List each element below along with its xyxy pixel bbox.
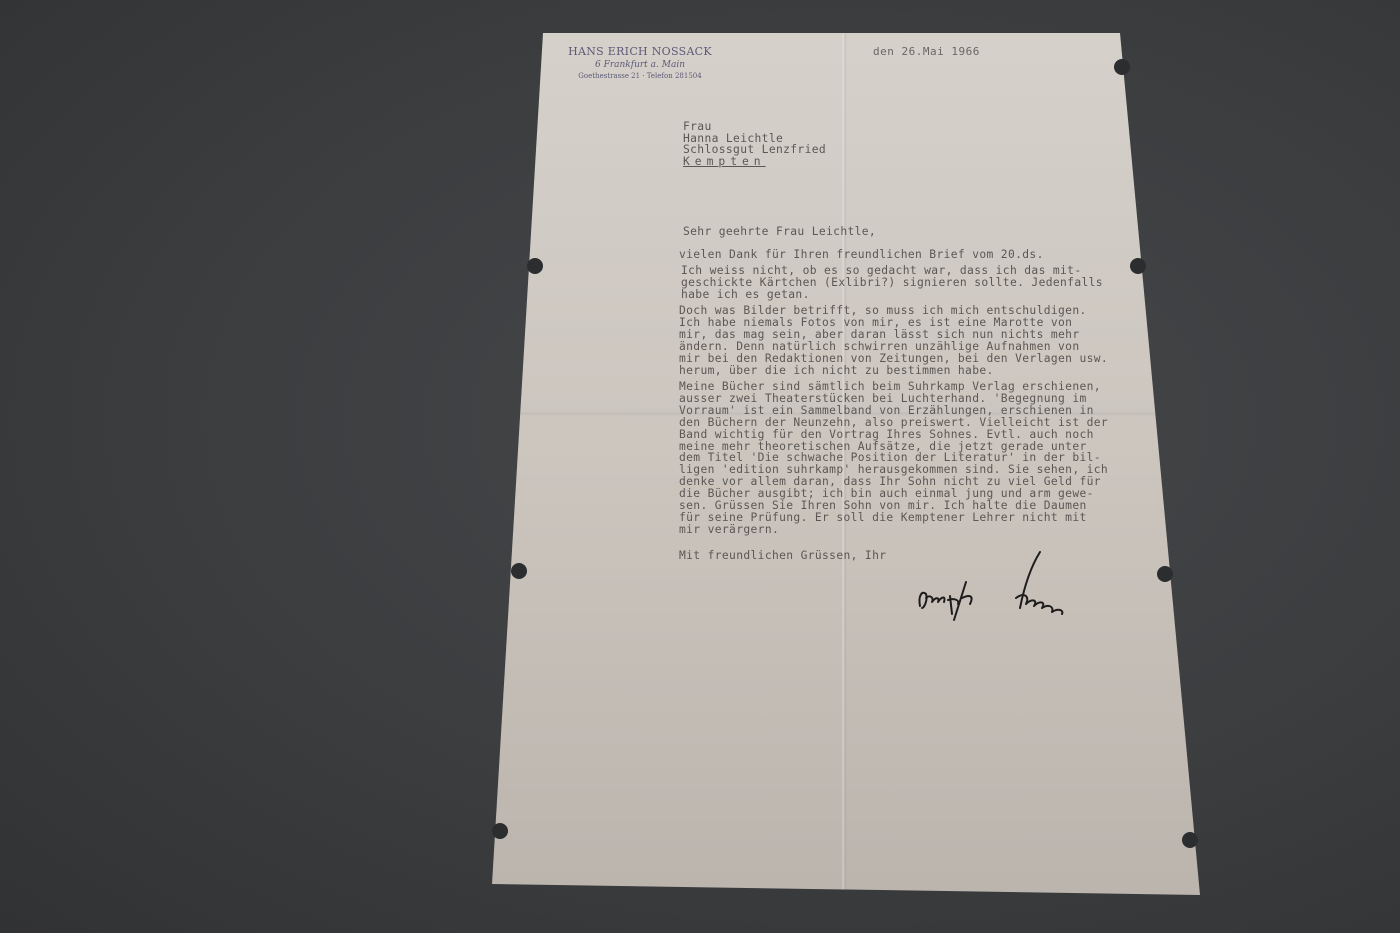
letter-paper: HANS ERICH NOSSACK 6 Frankfurt a. Main G… [0, 0, 1400, 933]
recipient-address: FrauHanna LeichtleSchlossgut LenzfriedKe… [683, 121, 826, 167]
punch-hole-right-bottom [1182, 832, 1198, 848]
punch-hole-right-top [1114, 59, 1130, 75]
paragraph-2: Ich weiss nicht, ob es so gedacht war, d… [681, 265, 1103, 301]
salutation: Sehr geehrte Frau Leichtle, [683, 226, 876, 238]
closing: Mit freundlichen Grüssen, Ihr [679, 550, 886, 562]
letterhead: HANS ERICH NOSSACK 6 Frankfurt a. Main G… [560, 45, 720, 80]
punch-hole-right-upper [1130, 258, 1146, 274]
paragraph-1: vielen Dank für Ihren freundlichen Brief… [679, 249, 1044, 261]
letter-date: den 26.Mai 1966 [873, 45, 980, 58]
paragraph-4: Meine Bücher sind sämtlich beim Suhrkamp… [679, 381, 1108, 536]
paragraph-3: Doch was Bilder betrifft, so muss ich mi… [679, 305, 1108, 376]
letterhead-name: HANS ERICH NOSSACK [560, 45, 720, 58]
recipient-estate: Schlossgut Lenzfried [683, 144, 826, 156]
letterhead-city: 6 Frankfurt a. Main [560, 60, 720, 70]
punch-hole-left-bottom [492, 823, 508, 839]
recipient-title: Frau [683, 121, 826, 133]
punch-hole-left-top [527, 258, 543, 274]
signature [912, 548, 1082, 623]
punch-hole-left-middle [511, 563, 527, 579]
punch-hole-right-middle [1157, 566, 1173, 582]
letterhead-address: Goethestrasse 21 · Telefon 281504 [560, 72, 720, 80]
recipient-city: Kempten [683, 156, 826, 168]
